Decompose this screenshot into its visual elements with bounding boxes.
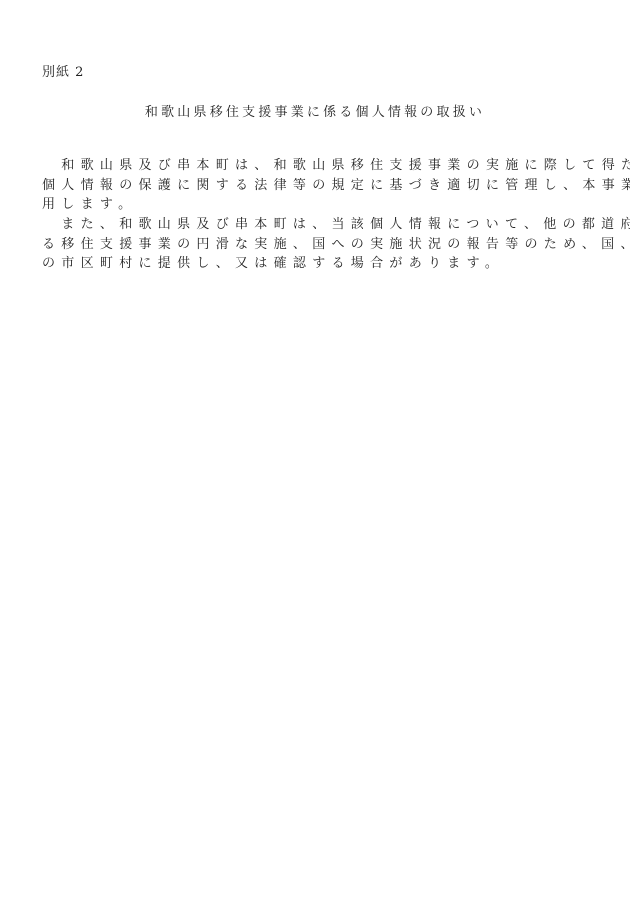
paragraph-line: 和歌山県及び串本町は、和歌山県移住支援事業の実施に際して得た個人情報について、 — [42, 156, 587, 176]
document-page: 別紙 2 和歌山県移住支援事業に係る個人情報の取扱い 和歌山県及び串本町は、和歌… — [0, 0, 630, 903]
document-body: 和歌山県及び串本町は、和歌山県移住支援事業の実施に際して得た個人情報について、 … — [42, 156, 587, 274]
document-title: 和歌山県移住支援事業に係る個人情報の取扱い — [0, 104, 630, 122]
paragraph-line: また、和歌山県及び串本町は、当該個人情報について、他の都道府県において実施す — [42, 215, 587, 235]
attachment-label: 別紙 2 — [42, 64, 84, 82]
paragraph-line: 個人情報の保護に関する法律等の規定に基づき適切に管理し、本事業の実施のために利 — [42, 176, 587, 196]
paragraph-2: また、和歌山県及び串本町は、当該個人情報について、他の都道府県において実施す る… — [42, 215, 587, 274]
paragraph-line: る移住支援事業の円滑な実施、国への実施状況の報告等のため、国、他の都道府県、他 — [42, 235, 587, 255]
paragraph-line: の市区町村に提供し、又は確認する場合があります。 — [42, 254, 587, 274]
paragraph-1: 和歌山県及び串本町は、和歌山県移住支援事業の実施に際して得た個人情報について、 … — [42, 156, 587, 215]
paragraph-line: 用します。 — [42, 195, 587, 215]
